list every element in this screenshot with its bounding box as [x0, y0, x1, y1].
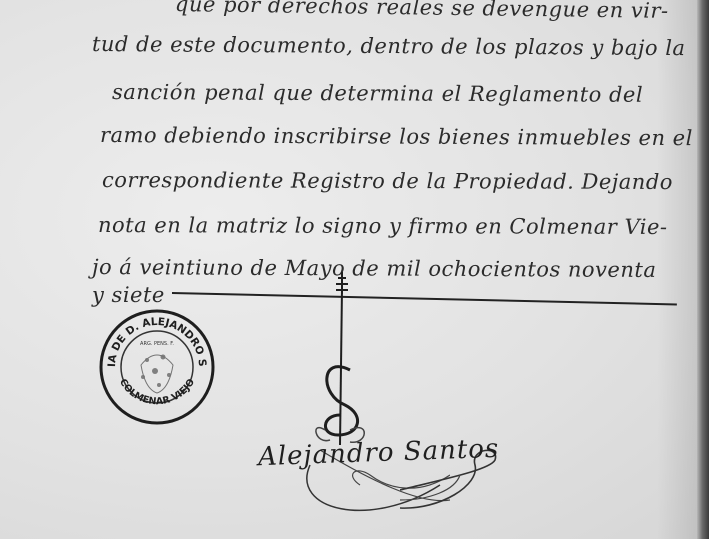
- text-line-3: sanción penal que determina el Reglament…: [112, 80, 643, 107]
- svg-text:ARG. PENS. F.: ARG. PENS. F.: [140, 341, 174, 347]
- text-line-8: y siete: [92, 283, 165, 307]
- page-binding-edge: [697, 0, 709, 539]
- page-binding-shadow: [657, 0, 697, 539]
- text-line-4: ramo debiendo inscribirse los bienes inm…: [100, 123, 693, 150]
- text-line-5: correspondiente Registro de la Propiedad…: [102, 168, 673, 194]
- text-line-6: nota en la matriz lo signo y firmo en Co…: [98, 213, 668, 239]
- text-line-1: que por derechos reales se devengue en v…: [175, 0, 669, 23]
- text-line-2: tud de este documento, dentro de los pla…: [92, 32, 686, 60]
- document-page: que por derechos reales se devengue en v…: [0, 0, 709, 539]
- notary-seal-icon: NOTARIA DE D. ALEJANDRO SANTOS ★ COLMENA…: [97, 305, 217, 425]
